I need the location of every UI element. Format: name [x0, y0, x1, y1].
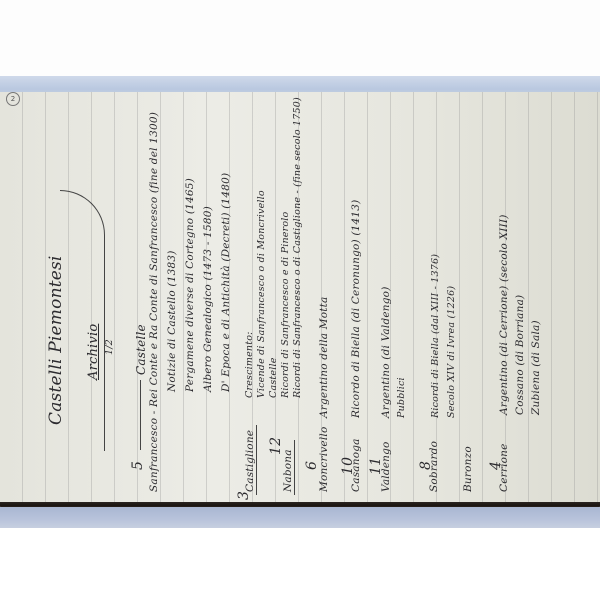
entry-line: Pubblici — [396, 377, 407, 418]
heading-underline — [256, 425, 257, 495]
entry-line: Ricordi di Sanfrancesco o di Castiglione… — [292, 97, 303, 398]
entry-line: Ricordo di Biella (di Ceronungo) (1413) — [350, 200, 362, 418]
entry-line: Argentino della Motta — [318, 296, 330, 418]
entry-line: Albero Genealogico (1473 - 1580) — [202, 206, 214, 392]
heading-underline — [294, 440, 295, 495]
entry-line: Pergamene diverse di Cortegno (1465) — [184, 178, 196, 392]
entry-line: Secolo XIV di Ivrea (1226) — [446, 286, 457, 418]
section-number: 5 — [130, 461, 146, 470]
entry-line: Sanfrancesco - Rei Conte e Ra Conte di S… — [148, 112, 160, 492]
section-heading: Nabona — [282, 449, 294, 492]
scanner-bed-bottom — [0, 507, 600, 528]
section-heading: Cerrione — [498, 443, 510, 492]
entry-line: Argentino (di Valdengo) — [380, 287, 392, 419]
entry-line: Vicende di Sanfrancesco o di Moncrivello — [256, 190, 267, 398]
entry-line: Argentino (di Cerrione) (secolo XIII) — [498, 214, 510, 415]
section-heading: Castelle — [134, 324, 148, 375]
section-number: 3 — [236, 491, 252, 500]
section-heading: Moncrivello — [318, 427, 330, 492]
title-flourish — [60, 190, 105, 451]
section-heading: Sobrardo — [428, 441, 440, 492]
entry-line: Castelle — [268, 357, 279, 398]
entry-line: Ricordi di Biella (dal XIII - 1376) — [430, 254, 441, 418]
section-heading: Valdengo — [380, 441, 392, 492]
document-subtitle: Archivio — [86, 324, 101, 380]
scan-background-top — [0, 0, 600, 84]
section-heading: Buronzo — [462, 446, 474, 492]
subtitle-fraction: 1/2 — [104, 339, 115, 355]
entry-line: D' Epoca e di Antichità (Decreti) (1480) — [220, 173, 232, 392]
entry-line: Ricordi di Sanfrancesco e di Pinerolo — [280, 212, 291, 398]
entry-line: Cossano (di Borriana) — [514, 295, 526, 415]
heading-underline — [140, 380, 141, 450]
document-title: Castelli Piemontesi — [46, 255, 66, 425]
entry-line: Notizie di Castello (1383) — [166, 250, 178, 392]
entry-line: Zubiena (di Sala) — [530, 320, 542, 415]
scan-background-bottom — [0, 528, 600, 600]
section-heading: Casanoga — [350, 438, 362, 492]
page-number-marker: 2 — [6, 92, 20, 106]
section-heading: Castiglione — [244, 430, 256, 492]
entry-line: Crescimento: — [244, 331, 255, 398]
